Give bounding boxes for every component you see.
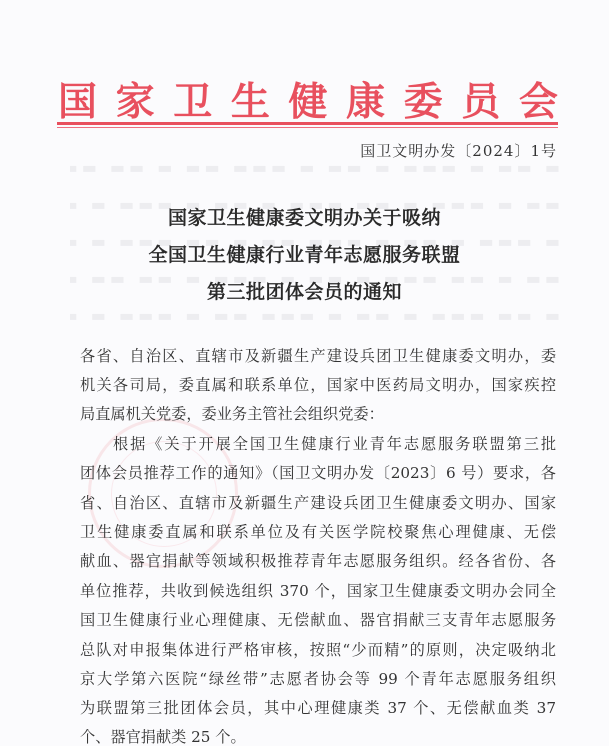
letterhead-char: 国 [58, 80, 97, 124]
letterhead-char: 委 [404, 80, 443, 124]
paragraph-line: 总队对申报集体进行严格审核，按照“少而精”的原则，决定吸纳北 [80, 640, 556, 660]
paragraph-line: 卫生健康委直属和联系单位及有关医学院校聚焦心理健康、无偿 [80, 522, 556, 542]
document-number: 国卫文明办发〔2024〕1号 [360, 140, 557, 161]
document-title-line: 国家卫生健康委文明办关于吸纳 [0, 203, 609, 230]
org-letterhead: 国 家 卫 生 健 康 委 员 会 [58, 80, 558, 124]
letterhead-rule-thick [57, 122, 558, 125]
letterhead-char: 健 [288, 80, 327, 124]
document-title-line: 全国卫生健康行业青年志愿服务联盟 [0, 240, 609, 267]
paragraph-line: 个、器官捐献类 25 个。 [80, 727, 556, 746]
salutation-line: 局直属机关党委，委业务主管社会组织党委： [80, 404, 556, 424]
salutation-line: 机关各司局，委直属和联系单位，国家中医药局文明办，国家疾控 [80, 375, 556, 395]
bleed-through-text: ▬ ▬▬ ▬▬▬ ▬ ▬▬ ▬ ▬▬▬ ▬▬ ▬ ▬▬▬ ▬ ▬▬ [70, 306, 560, 325]
paragraph-line: 献血、器官捐献等领域积极推荐青年志愿服务组织。经各省份、各 [80, 551, 556, 571]
paragraph-line: 省、自治区、直辖市及新疆生产建设兵团卫生健康委文明办、国家 [80, 493, 556, 513]
letterhead-char: 卫 [173, 80, 212, 124]
salutation-line: 各省、自治区、直辖市及新疆生产建设兵团卫生健康委文明办，委 [80, 346, 556, 366]
paragraph-line: 为联盟第三批团体会员，其中心理健康类 37 个、无偿献血类 37 [80, 698, 556, 718]
document-page: ▬ ▬▬ ▬ ▬▬▬ ▬ ▬▬ ▬ ▬▬▬ ▬▬ ▬ ▬▬ ▬▬▬ ▬ ▬▬ ▬… [0, 0, 609, 746]
document-title-line: 第三批团体会员的通知 [0, 277, 609, 304]
paragraph-line: 根据《关于开展全国卫生健康行业青年志愿服务联盟第三批 [113, 434, 556, 454]
paragraph-line: 国卫生健康行业心理健康、无偿献血、器官捐献三支青年志愿服务 [80, 610, 556, 630]
letterhead-char: 家 [116, 80, 155, 124]
letterhead-rule-thin [57, 127, 558, 128]
letterhead-char: 生 [231, 80, 270, 124]
paragraph-line: 团体会员推荐工作的通知》（国卫文明办发〔2023〕6 号）要求，各 [80, 463, 556, 483]
paragraph-line: 京大学第六医院“绿丝带”志愿者协会等 99 个青年志愿服务组织 [80, 669, 556, 689]
letterhead-char: 康 [346, 80, 385, 124]
letterhead-char: 员 [461, 80, 500, 124]
paragraph-line: 单位推荐，共收到候选组织 370 个，国家卫生健康委文明办会同全 [80, 581, 556, 601]
letterhead-char: 会 [519, 80, 558, 124]
